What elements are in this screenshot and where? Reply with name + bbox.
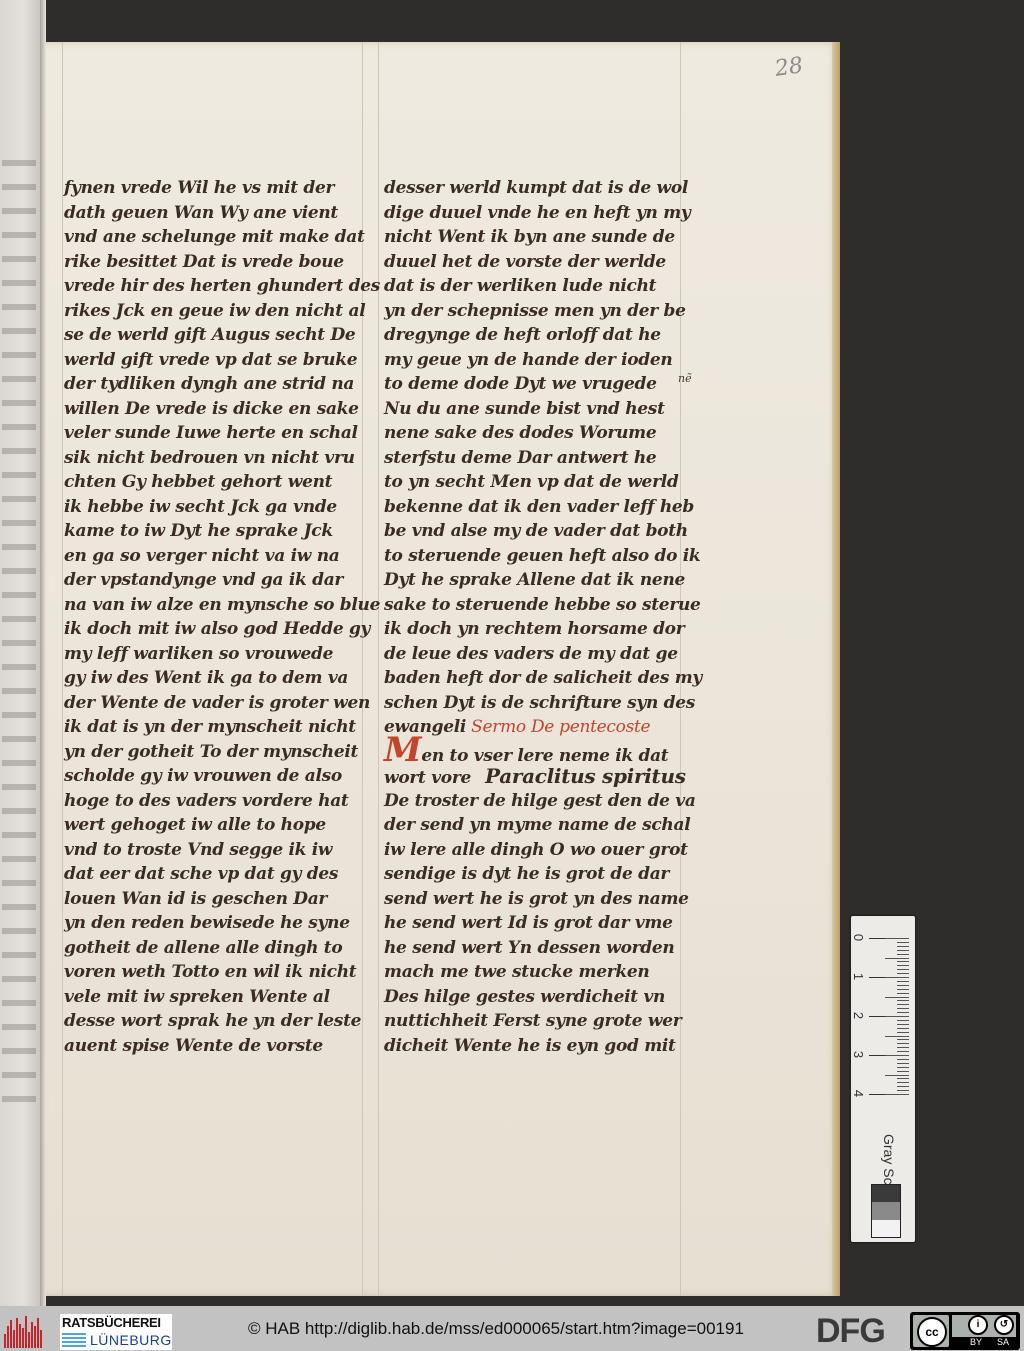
scale-minor-tick: [897, 1086, 909, 1087]
scale-number: 2: [851, 1012, 866, 1019]
scale-minor-tick: [885, 1075, 909, 1076]
scale-minor-tick: [897, 961, 909, 962]
ratsbuecherei-logo[interactable]: RATSBÜCHEREI LÜNEBURG: [60, 1314, 172, 1350]
highlighted-phrase: Paraclitus spiritus: [485, 764, 686, 788]
manuscript-line: chten Gy hebbet gehort went: [64, 470, 354, 495]
manuscript-line: to yn secht Men vp dat de werld: [384, 470, 684, 495]
manuscript-line: he send wert Yn dessen worden: [384, 936, 684, 961]
decorated-initial: M: [384, 740, 421, 760]
logo-bar: [10, 1320, 12, 1348]
manuscript-line: kame to iw Dyt he sprake Jck: [64, 519, 354, 544]
logo-bar: [25, 1316, 27, 1348]
manuscript-line: de leue des vaders de my dat ge: [384, 642, 684, 667]
scale-minor-tick: [897, 1063, 909, 1064]
scale-minor-tick: [897, 969, 909, 970]
cc-icon: cc: [917, 1317, 947, 1347]
manuscript-line: iw lere alle dingh O wo ouer grot: [384, 838, 684, 863]
cc-license-badge[interactable]: cc i ↺ BY SA: [910, 1312, 1020, 1350]
manuscript-line: sake to steruende hebbe so sterue: [384, 593, 684, 618]
scale-minor-tick: [897, 1008, 909, 1009]
by-label: BY: [970, 1337, 982, 1347]
scale-minor-tick: [897, 965, 909, 966]
manuscript-line: ewangeli Sermo De pentecoste: [384, 715, 684, 740]
manuscript-line: sendige is dyt he is grot de dar: [384, 862, 684, 887]
scale-minor-tick: [897, 1059, 909, 1060]
manuscript-line: der Wente de vader is groter wen: [64, 691, 354, 716]
manuscript-line: nene sake des dodes Worume: [384, 421, 684, 446]
manuscript-line: ik doch mit iw also god Hedde gy: [64, 617, 354, 642]
manuscript-line: voren weth Totto en wil ik nicht: [64, 960, 354, 985]
scale-minor-tick: [897, 1090, 909, 1091]
manuscript-line: he send wert Id is grot dar vme: [384, 911, 684, 936]
scale-minor-tick: [897, 989, 909, 990]
manuscript-line: scholde gy iw vrouwen de also: [64, 764, 354, 789]
manuscript-line: willen De vrede is dicke en sake: [64, 397, 354, 422]
manuscript-line: wert gehoget iw alle to hope: [64, 813, 354, 838]
manuscript-line: send wert he is grot yn des name: [384, 887, 684, 912]
manuscript-line: schen Dyt is de schrifture syn des: [384, 691, 684, 716]
page-fore-edge: [832, 42, 840, 1296]
scale-minor-tick: [897, 1004, 909, 1005]
logo-bar: [4, 1334, 6, 1348]
scale-minor-tick: [885, 1055, 909, 1056]
manuscript-line: Des hilge gestes werdicheit vn: [384, 985, 684, 1010]
scale-minor-tick: [897, 1028, 909, 1029]
manuscript-line: bekenne dat ik den vader leff heb: [384, 495, 684, 520]
scale-bar: Gray Scale 01234: [851, 916, 915, 1242]
manuscript-line: dregynge de heft orloff dat he: [384, 323, 684, 348]
manuscript-line: ik hebbe iw secht Jck ga vnde: [64, 495, 354, 520]
gray-patch: [872, 1202, 900, 1219]
scale-minor-tick: [897, 1078, 909, 1079]
scale-minor-tick: [897, 950, 909, 951]
manuscript-line: sterfstu deme Dar antwert he: [384, 446, 684, 471]
manuscript-line: sik nicht bedrouen vn nicht vru: [64, 446, 354, 471]
manuscript-line: se de werld gift Augus secht De: [64, 323, 354, 348]
manuscript-line: dat is der werliken lude nicht: [384, 274, 684, 299]
scale-minor-tick: [897, 1012, 909, 1013]
scale-minor-tick: [885, 1094, 909, 1095]
scale-minor-tick: [897, 1000, 909, 1001]
manuscript-line: De troster de hilge gest den de va: [384, 789, 684, 814]
logo-bar: [19, 1324, 21, 1348]
library-name-bottom: LÜNEBURG: [90, 1332, 172, 1348]
manuscript-line: en ga so verger nicht va iw na: [64, 544, 354, 569]
logo-bar: [7, 1326, 9, 1348]
scale-minor-tick: [897, 942, 909, 943]
scale-minor-tick: [897, 993, 909, 994]
manuscript-line: der tydliken dyngh ane strid na: [64, 372, 354, 397]
manuscript-line: duuel het de vorste der werlde: [384, 250, 684, 275]
manuscript-line: wort voreParaclitus spiritus: [384, 764, 684, 789]
folio-number: 28: [773, 53, 804, 82]
scale-minor-tick: [897, 1024, 909, 1025]
manuscript-line: vele mit iw spreken Wente al: [64, 985, 354, 1010]
manuscript-line: vrede hir des herten ghundert des: [64, 274, 354, 299]
scale-number: 0: [851, 934, 866, 941]
logo-bar: [28, 1332, 30, 1348]
manuscript-line: baden heft dor de salicheit des my: [384, 666, 684, 691]
attribution-icon: i: [968, 1315, 988, 1335]
manuscript-line: desser werld kumpt dat is de wol: [384, 176, 684, 201]
manuscript-line: yn der schepnisse men yn der be: [384, 299, 684, 324]
manuscript-line: auent spise Wente de vorste: [64, 1034, 354, 1059]
logo-bar: [37, 1318, 39, 1348]
logo-bar: [40, 1330, 42, 1348]
image-viewer: 28 fynen vrede Wil he vs mit derdath geu…: [0, 0, 1024, 1306]
gray-scale-patches: [871, 1184, 901, 1238]
scale-minor-tick: [897, 981, 909, 982]
manuscript-line: yn der gotheit To der mynscheit: [64, 740, 354, 765]
scale-minor-tick: [897, 1051, 909, 1052]
manuscript-line: der send yn myme name de schal: [384, 813, 684, 838]
logo-bar: [16, 1318, 18, 1348]
footer-bar: RATSBÜCHEREI LÜNEBURG © HAB http://digli…: [0, 1306, 1024, 1351]
manuscript-line: der vpstandynge vnd ga ik dar: [64, 568, 354, 593]
manuscript-line: my geue yn de hande der ioden: [384, 348, 684, 373]
scale-minor-tick: [897, 1020, 909, 1021]
logo-bar: [31, 1322, 33, 1348]
gray-patch: [872, 1185, 900, 1202]
manuscript-line: nicht Went ik byn ane sunde de: [384, 225, 684, 250]
cc-main-panel: cc: [913, 1315, 949, 1347]
credit-link[interactable]: © HAB http://diglib.hab.de/mss/ed000065/…: [248, 1319, 744, 1339]
manuscript-line: dige duuel vnde he en heft yn my: [384, 201, 684, 226]
manuscript-line: to deme dode Dyt we vrugede: [384, 372, 684, 397]
manuscript-line: louen Wan id is geschen Dar: [64, 887, 354, 912]
manuscript-line: hoge to des vaders vordere hat: [64, 789, 354, 814]
previous-page-edge: [0, 0, 40, 1306]
dfg-logo[interactable]: DFG: [816, 1313, 885, 1349]
share-alike-icon: ↺: [994, 1315, 1014, 1335]
manuscript-line: Nu du ane sunde bist vnd hest: [384, 397, 684, 422]
scale-minor-tick: [897, 1067, 909, 1068]
scale-number: 3: [851, 1051, 866, 1058]
scale-minor-tick: [897, 946, 909, 947]
manuscript-line: ik dat is yn der mynscheit nicht: [64, 715, 354, 740]
scale-minor-tick: [897, 1047, 909, 1048]
text-column-left: fynen vrede Wil he vs mit derdath geuen …: [64, 176, 354, 1058]
manuscript-line: veler sunde Iuwe herte en schal: [64, 421, 354, 446]
scale-minor-tick: [885, 1036, 909, 1037]
text-column-right: desser werld kumpt dat is de woldige duu…: [384, 176, 684, 1058]
scale-minor-tick: [885, 958, 909, 959]
manuscript-line: gotheit de allene alle dingh to: [64, 936, 354, 961]
manuscript-line: nuttichheit Ferst syne grote wer: [384, 1009, 684, 1034]
scale-minor-tick: [897, 1071, 909, 1072]
manuscript-line: be vnd alse my de vader dat both: [384, 519, 684, 544]
manuscript-line: dicheit Wente he is eyn god mit: [384, 1034, 684, 1059]
ruling-line: [62, 42, 63, 1296]
scale-minor-tick: [897, 985, 909, 986]
logo-bar: [22, 1328, 24, 1348]
manuscript-line: Dyt he sprake Allene dat ik nene: [384, 568, 684, 593]
scale-minor-tick: [885, 997, 909, 998]
manuscript-line: mach me twe stucke merken: [384, 960, 684, 985]
gray-patch: [872, 1220, 900, 1237]
scale-minor-tick: [885, 1016, 909, 1017]
manuscript-line: fynen vrede Wil he vs mit der: [64, 176, 354, 201]
scale-minor-tick: [897, 1082, 909, 1083]
bleed-through-text: [2, 160, 36, 1120]
manuscript-line: gy iw des Went ik ga to dem va: [64, 666, 354, 691]
scale-minor-tick: [897, 973, 909, 974]
manuscript-line: dath geuen Wan Wy ane vient: [64, 201, 354, 226]
manuscript-line: dat eer dat sche vp dat gy des: [64, 862, 354, 887]
logo-bar: [13, 1330, 15, 1348]
manuscript-line: yn den reden bewisede he syne: [64, 911, 354, 936]
manuscript-line: ik doch yn rechtem horsame dor: [384, 617, 684, 642]
scale-minor-tick: [885, 938, 909, 939]
manuscript-line: rikes Jck en geue iw den nicht al: [64, 299, 354, 324]
sa-label: SA: [997, 1337, 1009, 1347]
scale-minor-tick: [885, 977, 909, 978]
manuscript-line: desse wort sprak he yn der leste: [64, 1009, 354, 1034]
scale-number: 4: [851, 1090, 866, 1097]
scale-minor-tick: [897, 954, 909, 955]
library-name-top: RATSBÜCHEREI: [62, 1315, 161, 1330]
open-book-icon: [62, 1333, 86, 1348]
rubric-heading: Sermo De pentecoste: [466, 717, 650, 737]
manuscript-line: rike besittet Dat is vrede boue: [64, 250, 354, 275]
manuscript-line: my leff warliken so vrouwede: [64, 642, 354, 667]
manuscript-line: vnd to troste Vnd segge ik iw: [64, 838, 354, 863]
marginal-note: nẽ: [678, 372, 692, 385]
scale-minor-tick: [897, 1043, 909, 1044]
manuscript-line: Men to vser lere neme ik dat: [384, 740, 684, 765]
manuscript-line: werld gift vrede vp dat se bruke: [64, 348, 354, 373]
manuscript-line: vnd ane schelunge mit make dat: [64, 225, 354, 250]
manuscript-line: to steruende geuen heft also do ik: [384, 544, 684, 569]
scale-minor-tick: [897, 1039, 909, 1040]
library-logo-icon: [4, 1314, 44, 1348]
manuscript-line: na van iw alze en mynsche so blue: [64, 593, 354, 618]
scale-minor-tick: [897, 1032, 909, 1033]
scale-number: 1: [851, 973, 866, 980]
ruling-line: [378, 42, 379, 1296]
logo-bar: [34, 1326, 36, 1348]
